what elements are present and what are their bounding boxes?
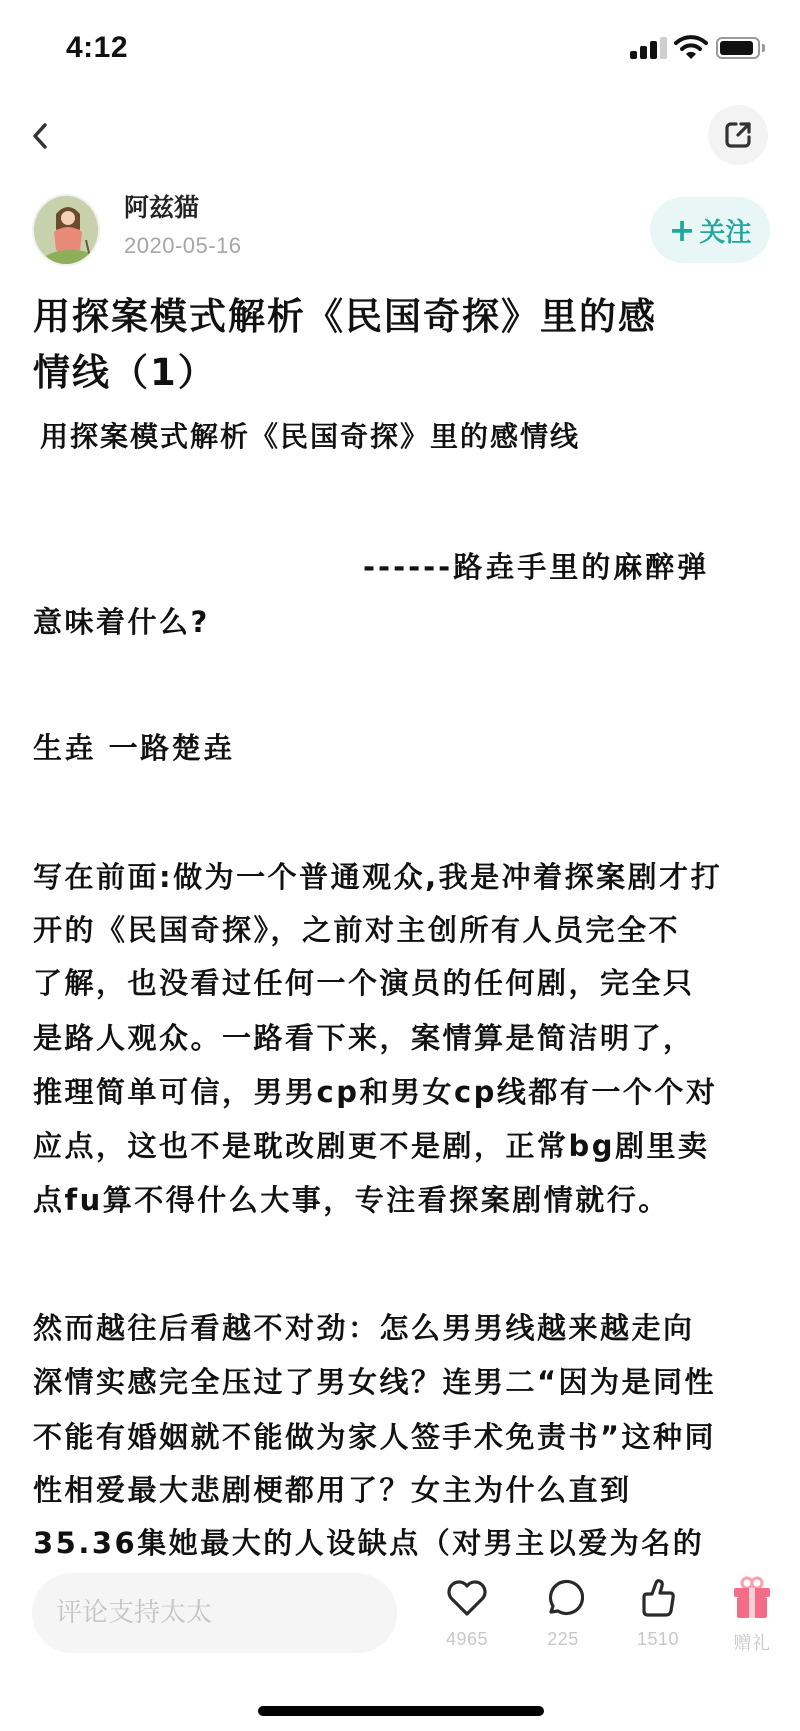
- back-button[interactable]: [22, 116, 58, 156]
- wifi-icon: [674, 34, 708, 60]
- avatar[interactable]: [32, 194, 100, 266]
- body-line: 应点，这也不是耽改剧更不是剧，正常bg剧里卖: [33, 1126, 710, 1166]
- battery-cap: [762, 44, 765, 52]
- follow-button[interactable]: + 关注: [650, 197, 770, 263]
- heart-icon: [446, 1579, 488, 1617]
- body-line: 了解，也没看过任何一个演员的任何剧，完全只: [33, 963, 695, 1003]
- share-external-icon: [722, 119, 754, 151]
- body-line: 开的《民国奇探》，之前对主创所有人员完全不: [33, 910, 680, 950]
- post-date: 2020-05-16: [124, 232, 242, 260]
- gift-label: 赠礼: [734, 1629, 771, 1655]
- battery-icon: [716, 37, 760, 59]
- body-line: 不能有婚姻就不能做为家人签手术免责书”这种同: [33, 1417, 716, 1457]
- body-line: 写在前面:做为一个普通观众,我是冲着探案剧才打: [33, 857, 722, 897]
- comment-count: 225: [547, 1629, 579, 1650]
- like-count: 4965: [446, 1629, 488, 1650]
- body-line: 性相爱最大悲剧梗都用了？女主为什么直到: [33, 1470, 632, 1510]
- thumbs-up-icon: [638, 1577, 678, 1619]
- chevron-left-icon: [31, 122, 49, 150]
- gift-icon: [732, 1576, 772, 1620]
- body-line: 35.36集她最大的人设缺点（对男主以爱为名的: [33, 1523, 704, 1563]
- body-line: 点fu算不得什么大事，专注看探案剧情就行。: [33, 1180, 670, 1220]
- status-time: 4:12: [66, 30, 128, 66]
- home-indicator[interactable]: [258, 1706, 544, 1716]
- body-line: ------路垚手里的麻醉弹: [363, 547, 709, 587]
- article-title: 用探案模式解析《民国奇探》里的感 情线（1）: [33, 289, 773, 401]
- body-line: 推理简单可信，男男cp和男女cp线都有一个个对: [33, 1072, 717, 1112]
- comment-button[interactable]: 225: [523, 1575, 603, 1655]
- comment-icon: [542, 1577, 584, 1619]
- body-line: 然而越往后看越不对劲：怎么男男线越来越走向: [33, 1308, 695, 1348]
- plus-icon: +: [669, 214, 696, 246]
- follow-label: 关注: [699, 212, 751, 249]
- body-line: 意味着什么?: [33, 602, 210, 642]
- comment-input[interactable]: [32, 1573, 397, 1653]
- thumbs-up-button[interactable]: 1510: [618, 1575, 698, 1655]
- gift-button[interactable]: 赠礼: [712, 1575, 792, 1655]
- author-name[interactable]: 阿兹猫: [124, 192, 199, 224]
- cellular-signal-icon: [630, 37, 668, 59]
- body-line: 生垚 一路楚垚: [33, 728, 235, 768]
- body-line: 是路人观众。一路看下来，案情算是简洁明了，: [33, 1018, 695, 1058]
- share-button[interactable]: [708, 105, 768, 165]
- like-button[interactable]: 4965: [427, 1575, 507, 1655]
- title-line: 用探案模式解析《民国奇探》里的感: [33, 289, 773, 345]
- article-subtitle: 用探案模式解析《民国奇探》里的感情线: [40, 418, 580, 456]
- body-line: 深情实感完全压过了男女线？连男二“因为是同性: [33, 1362, 716, 1402]
- thumbs-up-count: 1510: [637, 1629, 679, 1650]
- title-line: 情线（1）: [33, 345, 773, 401]
